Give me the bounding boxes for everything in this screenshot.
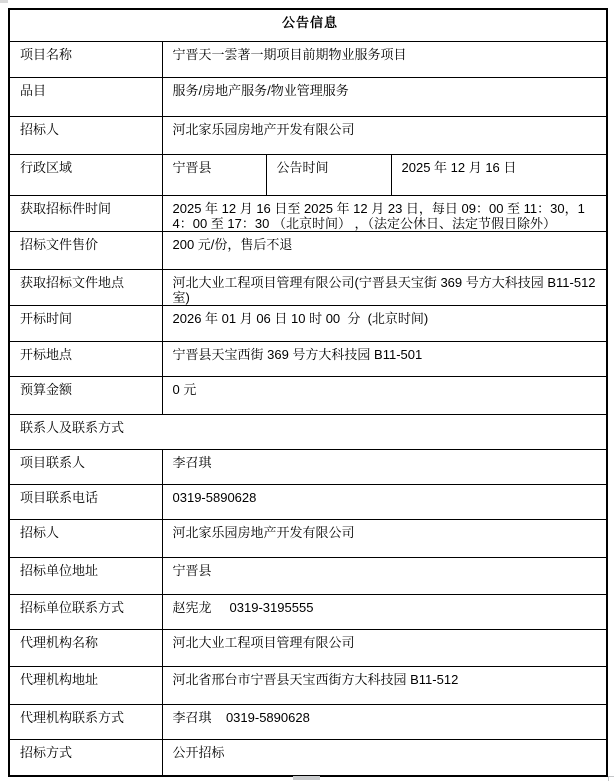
table-row: 开标时间 2026 年 01 月 06 日 10 时 00 分 (北京时间) bbox=[9, 305, 607, 341]
table-row: 项目联系人 李召琪 bbox=[9, 449, 607, 484]
row-value: 李召琪 0319-5890628 bbox=[162, 704, 607, 739]
table-row: 项目联系电话 0319-5890628 bbox=[9, 484, 607, 519]
page-edge-artifact-top-left bbox=[0, 0, 8, 3]
row-value: 公开招标 bbox=[162, 739, 607, 776]
row-value: 宁晋天一雲著一期项目前期物业服务项目 bbox=[162, 41, 607, 77]
announcement-page: 公告信息 项目名称 宁晋天一雲著一期项目前期物业服务项目 品目 服务/房地产服务… bbox=[0, 0, 614, 781]
table-row: 代理机构地址 河北省邢台市宁晋县天宝西街方大科技园 B11-512 bbox=[9, 666, 607, 704]
row-label: 招标单位联系方式 bbox=[9, 594, 162, 629]
row-value: 赵宪龙 0319-3195555 bbox=[162, 594, 607, 629]
section-header: 联系人及联系方式 bbox=[9, 414, 607, 449]
table-row: 招标单位联系方式 赵宪龙 0319-3195555 bbox=[9, 594, 607, 629]
page-title: 公告信息 bbox=[9, 9, 607, 41]
row-value: 0319-5890628 bbox=[162, 484, 607, 519]
row-label: 预算金额 bbox=[9, 376, 162, 414]
table-row: 行政区域 宁晋县 公告时间 2025 年 12 月 16 日 bbox=[9, 154, 607, 195]
row-label: 代理机构名称 bbox=[9, 629, 162, 666]
table-row: 开标地点 宁晋县天宝西街 369 号方大科技园 B11-501 bbox=[9, 341, 607, 376]
table-row: 招标方式 公开招标 bbox=[9, 739, 607, 776]
row-label: 开标地点 bbox=[9, 341, 162, 376]
page-edge-artifact-bottom-right bbox=[608, 776, 614, 781]
row-value: 200 元/份，售后不退 bbox=[162, 231, 607, 269]
row-label: 招标人 bbox=[9, 519, 162, 557]
table-row: 代理机构联系方式 李召琪 0319-5890628 bbox=[9, 704, 607, 739]
table-title-row: 公告信息 bbox=[9, 9, 607, 41]
row-value: 宁晋县 bbox=[162, 154, 266, 195]
row-value: 河北大业工程项目管理有限公司(宁晋县天宝街 369 号方大科技园 B11-512… bbox=[162, 269, 607, 305]
table-row: 招标文件售价 200 元/份，售后不退 bbox=[9, 231, 607, 269]
row-value: 李召琪 bbox=[162, 449, 607, 484]
row-label: 项目联系人 bbox=[9, 449, 162, 484]
row-label: 开标时间 bbox=[9, 305, 162, 341]
table-row: 招标人 河北家乐园房地产开发有限公司 bbox=[9, 116, 607, 154]
announcement-info-table: 公告信息 项目名称 宁晋天一雲著一期项目前期物业服务项目 品目 服务/房地产服务… bbox=[8, 8, 608, 777]
row-label: 项目联系电话 bbox=[9, 484, 162, 519]
row-label: 代理机构地址 bbox=[9, 666, 162, 704]
row-label: 招标方式 bbox=[9, 739, 162, 776]
row-label: 获取招标件时间 bbox=[9, 195, 162, 231]
row-label: 招标文件售价 bbox=[9, 231, 162, 269]
row-label: 招标人 bbox=[9, 116, 162, 154]
row-value: 2025 年 12 月 16 日 bbox=[391, 154, 607, 195]
row-value: 0 元 bbox=[162, 376, 607, 414]
table-row: 品目 服务/房地产服务/物业管理服务 bbox=[9, 77, 607, 116]
row-label: 项目名称 bbox=[9, 41, 162, 77]
table-row: 招标单位地址 宁晋县 bbox=[9, 557, 607, 594]
row-label: 获取招标文件地点 bbox=[9, 269, 162, 305]
page-edge-artifact-bottom-center bbox=[293, 776, 320, 780]
row-value: 河北家乐园房地产开发有限公司 bbox=[162, 116, 607, 154]
row-value: 2026 年 01 月 06 日 10 时 00 分 (北京时间) bbox=[162, 305, 607, 341]
row-value: 宁晋县天宝西街 369 号方大科技园 B11-501 bbox=[162, 341, 607, 376]
row-label: 公告时间 bbox=[266, 154, 391, 195]
row-label: 品目 bbox=[9, 77, 162, 116]
table-row: 招标人 河北家乐园房地产开发有限公司 bbox=[9, 519, 607, 557]
row-value: 2025 年 12 月 16 日至 2025 年 12 月 23 日，每日 09… bbox=[162, 195, 607, 231]
table-row: 获取招标文件地点 河北大业工程项目管理有限公司(宁晋县天宝街 369 号方大科技… bbox=[9, 269, 607, 305]
row-label: 代理机构联系方式 bbox=[9, 704, 162, 739]
row-value: 河北家乐园房地产开发有限公司 bbox=[162, 519, 607, 557]
row-value: 服务/房地产服务/物业管理服务 bbox=[162, 77, 607, 116]
table-section-row: 联系人及联系方式 bbox=[9, 414, 607, 449]
row-label: 行政区域 bbox=[9, 154, 162, 195]
table-row: 项目名称 宁晋天一雲著一期项目前期物业服务项目 bbox=[9, 41, 607, 77]
table-row: 获取招标件时间 2025 年 12 月 16 日至 2025 年 12 月 23… bbox=[9, 195, 607, 231]
row-value: 河北大业工程项目管理有限公司 bbox=[162, 629, 607, 666]
row-value: 河北省邢台市宁晋县天宝西街方大科技园 B11-512 bbox=[162, 666, 607, 704]
table-row: 预算金额 0 元 bbox=[9, 376, 607, 414]
table-row: 代理机构名称 河北大业工程项目管理有限公司 bbox=[9, 629, 607, 666]
row-value: 宁晋县 bbox=[162, 557, 607, 594]
row-label: 招标单位地址 bbox=[9, 557, 162, 594]
